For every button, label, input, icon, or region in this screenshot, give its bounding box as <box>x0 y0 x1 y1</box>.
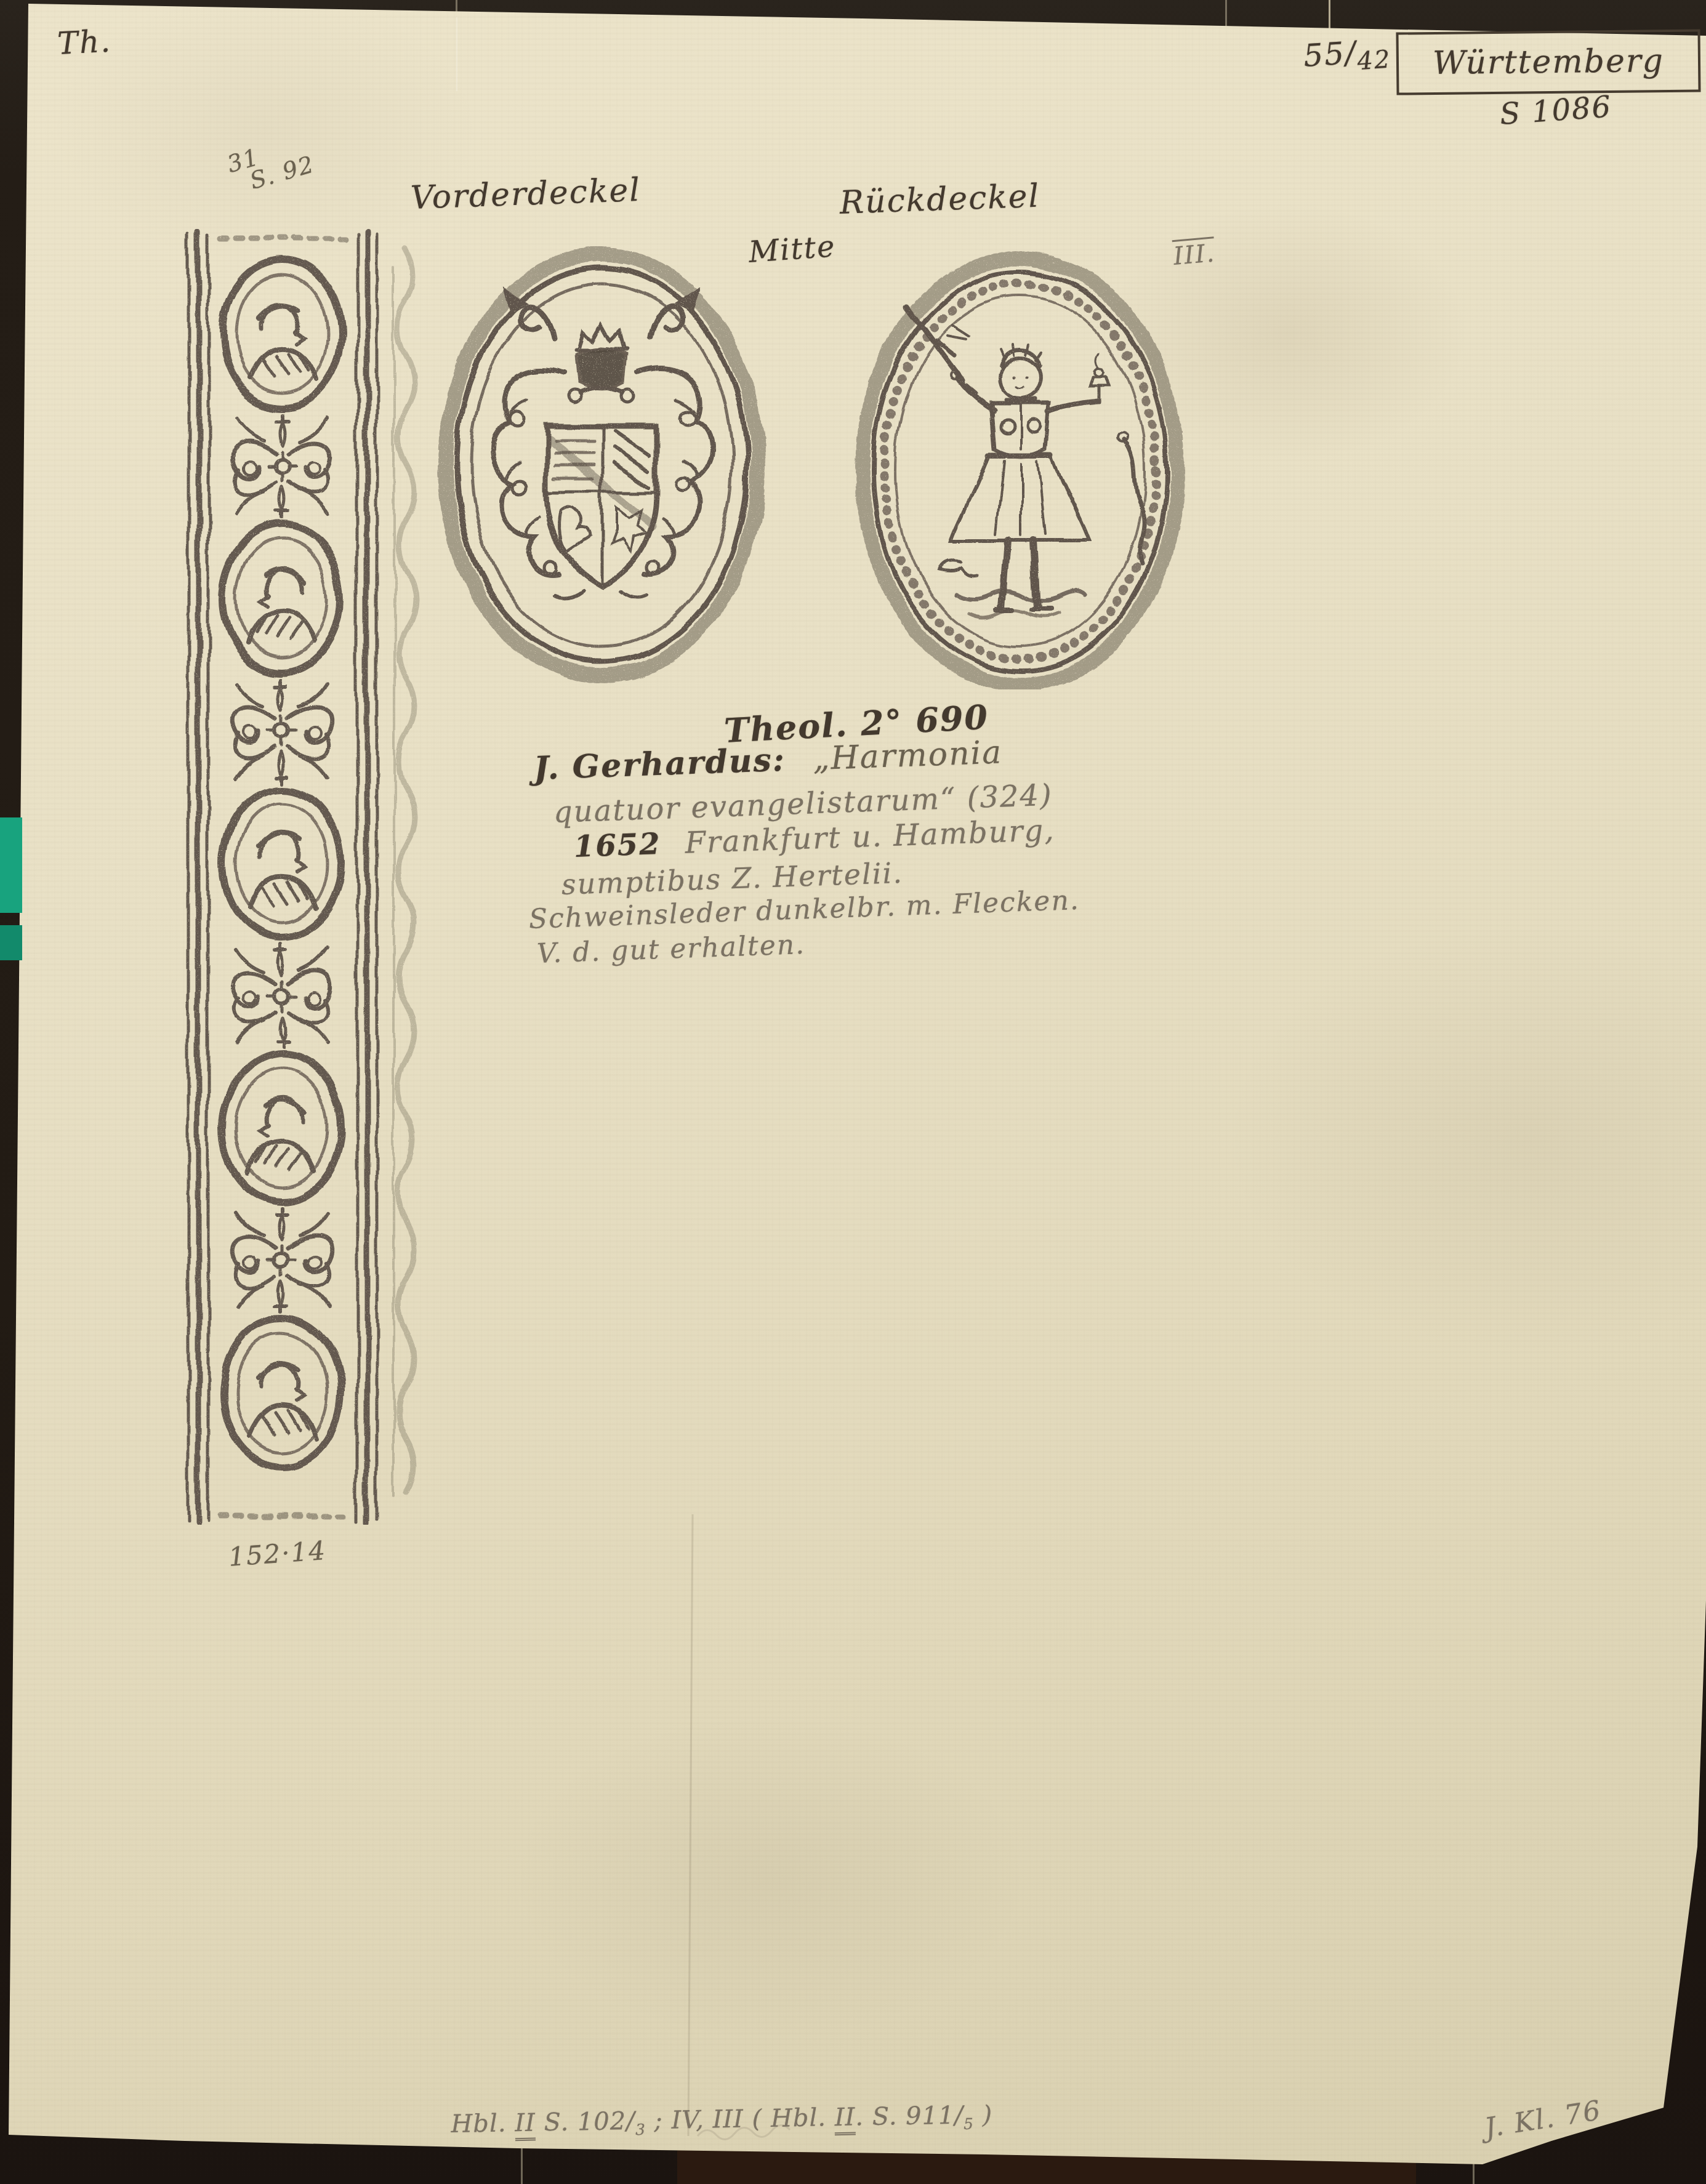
footer-ref-part: S. 102/ <box>535 2107 635 2137</box>
entry-title-start: „Harmonia <box>812 734 1003 777</box>
shelfmark-numerator: 55 <box>1302 35 1346 74</box>
footer-ref-roman: II <box>515 2109 536 2142</box>
scanned-archive-card: Th. 55/42 Württemberg S 1086 31 S. 92 Vo… <box>0 0 1706 2184</box>
footer-ref-part: ) <box>973 2101 992 2130</box>
back-cover-plate-rubbing-image <box>853 249 1188 689</box>
shelfmark-denominator: 42 <box>1356 45 1392 76</box>
shelfmark-fraction: 55/42 <box>1302 32 1392 79</box>
region-box-label: Württemberg <box>1433 42 1664 82</box>
catalog-number: S 1086 <box>1499 89 1613 132</box>
roll-border-rubbing-image <box>177 229 430 1525</box>
footer-ref-sub: 5 <box>964 2115 974 2133</box>
erased-annotation-ghost <box>694 2118 799 2148</box>
binding-note-2: V. d. gut erhalten. <box>536 929 806 970</box>
footer-ref-part: . S. 911/ <box>855 2101 964 2131</box>
footer-ref-part: Hbl. <box>451 2109 515 2138</box>
plate-note: 31 S. 92 <box>225 132 317 198</box>
front-cover-plate-rubbing-image <box>434 246 770 683</box>
paper-crease <box>687 1514 693 2136</box>
corner-mark: Th. <box>57 23 112 62</box>
region-box: Württemberg <box>1396 29 1700 95</box>
entry-author: J. Gerhardus: <box>533 741 786 787</box>
front-cover-label: Vorderdeckel <box>410 172 642 217</box>
entry-year: 1652 <box>573 827 661 864</box>
footer-initials-date: J. Kl. 76 <box>1483 2095 1604 2144</box>
roll-size-note: 152·14 <box>228 1535 328 1572</box>
footer-ref-sub: 3 <box>635 2121 646 2138</box>
back-cover-label: Rückdeckel <box>839 178 1040 222</box>
entry-line-author-title: J. Gerhardus: „Harmonia <box>533 733 1003 787</box>
footer-ref-roman: II <box>834 2103 856 2136</box>
paper-seam-shadow <box>456 17 457 91</box>
